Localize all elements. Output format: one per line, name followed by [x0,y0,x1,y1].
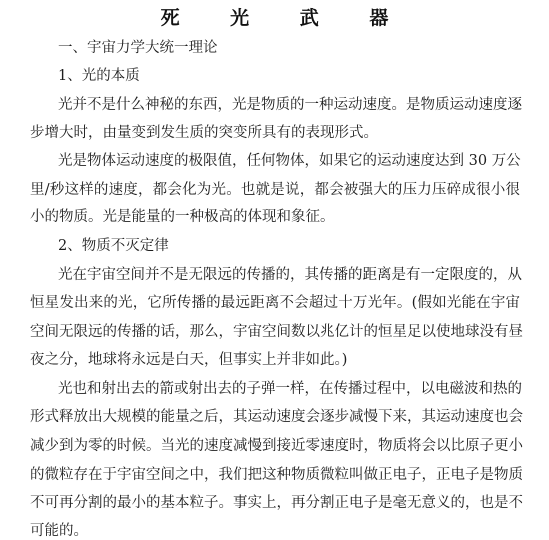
paragraph-line: 的微粒存在于宇宙空间之中，我们把这种物质微粒叫做正电子，正电子是物质 [30,464,520,486]
subsection-heading: 2、物质不灭定律 [58,235,169,257]
paragraph-line: 不可再分割的最小的基本粒子。事实上，再分割正电子是毫无意义的，也是不 [30,492,520,514]
paragraph-line: 光并不是什么神秘的东西，光是物质的一种运动速度。是物质运动速度逐 [58,94,520,116]
paragraph-line: 步增大时，由量变到发生质的突变所具有的表现形式。 [30,122,520,144]
paragraph-line: 光在宇宙空间并不是无限远的传播的，其传播的距离是有一定限度的，从 [58,264,520,286]
subsection-heading: 1、光的本质 [58,65,140,87]
paragraph-line: 里/秒这样的速度，都会化为光。也就是说，都会被强大的压力压碎成很小很 [30,179,520,201]
paragraph-line: 恒星发出来的光，它所传播的最远距离不会超过十万光年。(假如光能在宇宙 [30,292,520,314]
paragraph-line: 光也和射出去的箭或射出去的子弹一样，在传播过程中，以电磁波和热的 [58,378,520,400]
document-title: 死 光 武 器 [0,4,549,32]
paragraph-line: 光是物体运动速度的极限值，任何物体，如果它的运动速度达到 30 万公 [58,150,520,172]
paragraph-line: 空间无限远的传播的话，那么，宇宙空间数以兆亿计的恒星足以使地球没有昼 [30,321,520,343]
paragraph-line: 夜之分，地球将永远是白天，但事实上并非如此。) [30,349,520,371]
section-heading: 一、宇宙力学大统一理论 [58,37,218,59]
paragraph-line: 小的物质。光是能量的一种极高的体现和象征。 [30,206,520,228]
paragraph-line: 减少到为零的时候。当光的速度减慢到接近零速度时，物质将会以比原子更小 [30,435,520,457]
document-page: 死 光 武 器 一、宇宙力学大统一理论 1、光的本质 光并不是什么神秘的东西，光… [0,0,549,540]
paragraph-line: 形式释放出大规模的能量之后，其运动速度会逐步减慢下来，其运动速度也会 [30,406,520,428]
paragraph-line: 可能的。 [30,520,520,540]
